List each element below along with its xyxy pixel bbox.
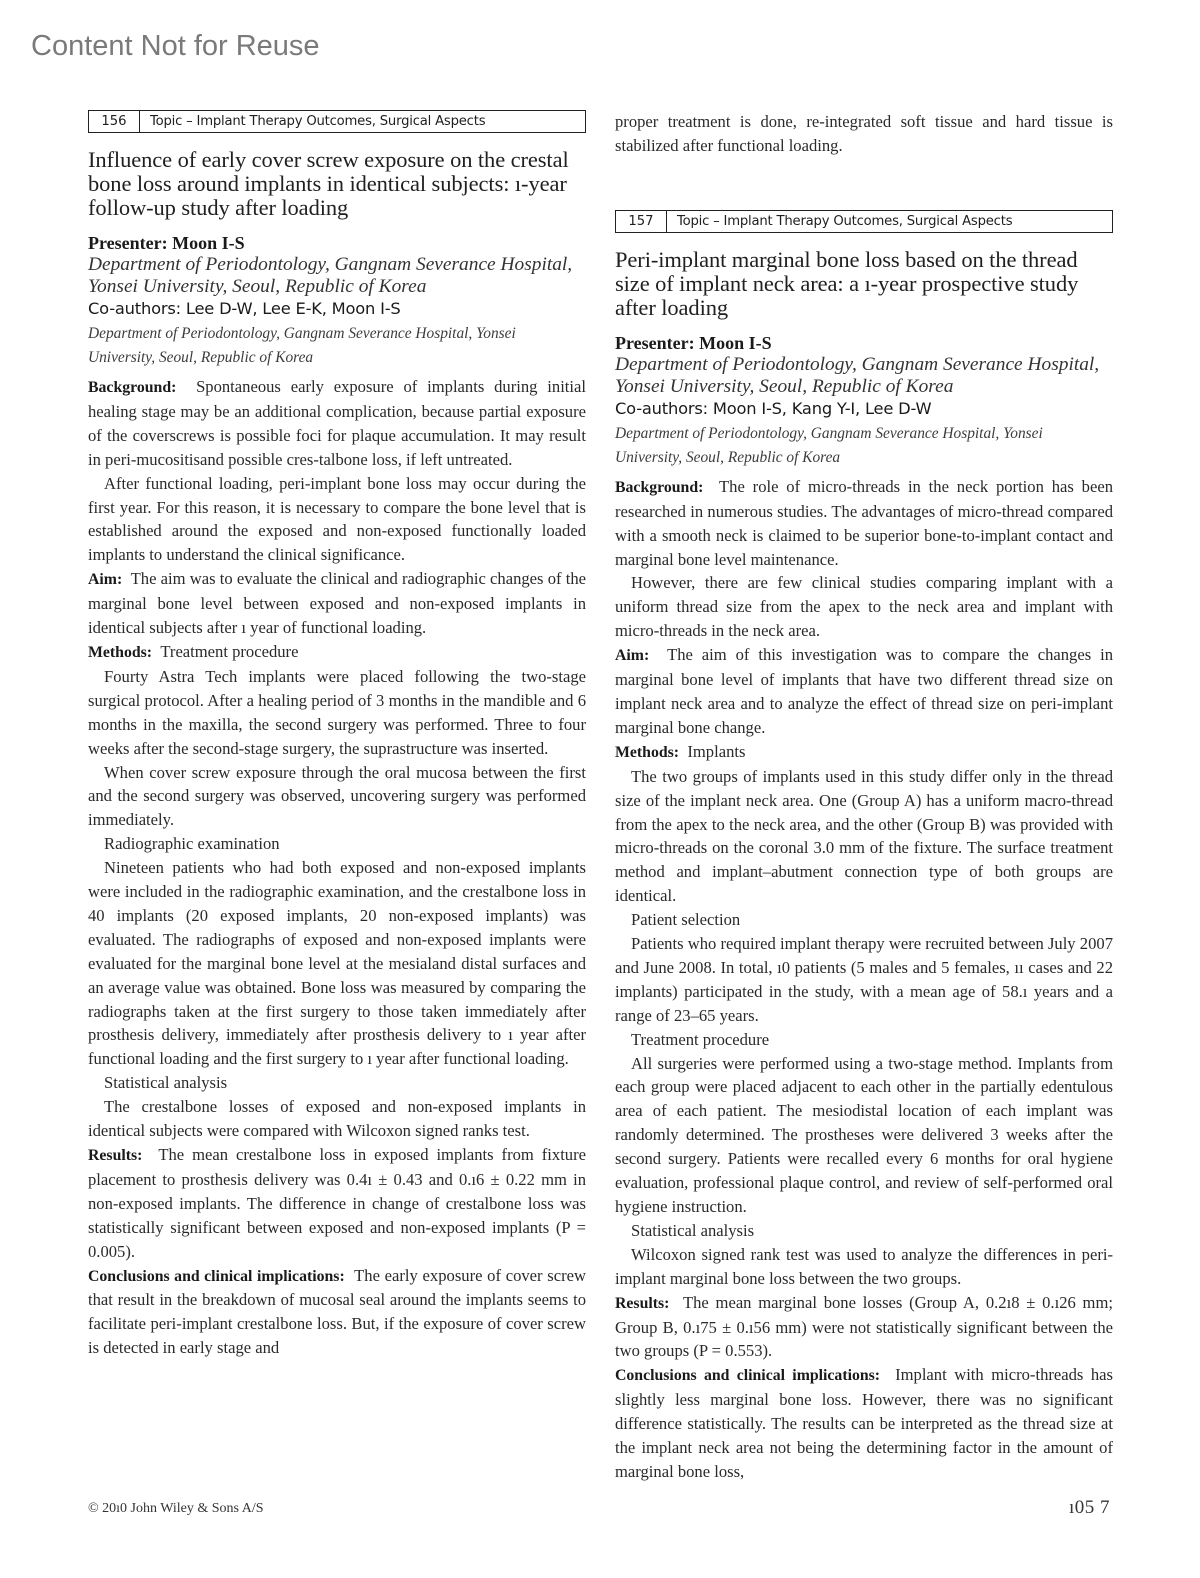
results-section: Results: The mean crestalbone loss in ex… xyxy=(88,1143,586,1264)
page-number: ı05 7 xyxy=(1069,1497,1110,1519)
topic-box-157: 157 Topic – Implant Therapy Outcomes, Su… xyxy=(615,210,1113,233)
results-label: Results: xyxy=(88,1147,142,1164)
methods-paragraph: The two groups of implants used in this … xyxy=(615,765,1113,908)
methods-paragraph: Fourty Astra Tech implants were placed f… xyxy=(88,665,586,761)
coauthors: Co-authors: Moon I-S, Kang Y-I, Lee D-W xyxy=(615,398,1113,420)
background-label: Background: xyxy=(88,379,176,396)
aim-text: The aim of this investigation was to com… xyxy=(615,645,1113,737)
abstract-title: Influence of early cover screw exposure … xyxy=(88,148,586,220)
abstract-number: 157 xyxy=(616,211,667,232)
conclusions-label: Conclusions and clinical implications: xyxy=(88,1268,345,1285)
topic-label: Topic – Implant Therapy Outcomes, Surgic… xyxy=(667,211,1012,232)
methods-subheading: Statistical analysis xyxy=(88,1071,586,1095)
results-text: The mean crestalbone loss in exposed imp… xyxy=(88,1145,586,1261)
results-section: Results: The mean marginal bone losses (… xyxy=(615,1291,1113,1364)
methods-paragraph: Nineteen patients who had both exposed a… xyxy=(88,856,586,1071)
methods-label: Methods: xyxy=(615,744,679,761)
methods-paragraph: The crestalbone losses of exposed and no… xyxy=(88,1095,586,1143)
presenter: Presenter: Moon I-S xyxy=(615,332,1113,354)
presenter: Presenter: Moon I-S xyxy=(88,232,586,254)
right-column: proper treatment is done, re-integrated … xyxy=(615,110,1113,1484)
background-text-2: After functional loading, peri-implant b… xyxy=(88,472,586,568)
abstract-number: 156 xyxy=(89,111,140,132)
background-section: Background: The role of micro-threads in… xyxy=(615,475,1113,572)
conclusions-continued: proper treatment is done, re-integrated … xyxy=(615,110,1113,158)
results-label: Results: xyxy=(615,1295,669,1312)
watermark: Content Not for Reuse xyxy=(31,30,320,63)
aim-text: The aim was to evaluate the clinical and… xyxy=(88,569,586,637)
methods-section: Methods: Implants xyxy=(615,740,1113,765)
copyright-notice: © 20ı0 John Wiley & Sons A/S xyxy=(88,1501,264,1517)
methods-subheading: Statistical analysis xyxy=(615,1219,1113,1243)
presenter-affiliation: Department of Periodontology, Gangnam Se… xyxy=(88,254,586,298)
methods-paragraph: Patients who required implant therapy we… xyxy=(615,932,1113,1028)
methods-subheading: Radiographic examination xyxy=(88,832,586,856)
methods-subheading: Treatment procedure xyxy=(615,1028,1113,1052)
methods-heading: Treatment procedure xyxy=(160,642,298,661)
methods-heading: Implants xyxy=(687,742,745,761)
aim-label: Aim: xyxy=(88,571,122,588)
background-section: Background: Spontaneous early exposure o… xyxy=(88,375,586,472)
results-text: The mean marginal bone losses (Group A, … xyxy=(615,1293,1113,1361)
aim-label: Aim: xyxy=(615,647,649,664)
methods-paragraph: All surgeries were performed using a two… xyxy=(615,1052,1113,1219)
topic-box-156: 156 Topic – Implant Therapy Outcomes, Su… xyxy=(88,110,586,133)
aim-section: Aim: The aim of this investigation was t… xyxy=(615,643,1113,740)
coauthor-affiliation: Department of Periodontology, Gangnam Se… xyxy=(615,422,1113,470)
aim-section: Aim: The aim was to evaluate the clinica… xyxy=(88,567,586,640)
abstract-title: Peri-implant marginal bone loss based on… xyxy=(615,248,1113,320)
topic-label: Topic – Implant Therapy Outcomes, Surgic… xyxy=(140,111,485,132)
background-text-2: However, there are few clinical studies … xyxy=(615,571,1113,643)
background-label: Background: xyxy=(615,479,703,496)
conclusions-label: Conclusions and clinical implications: xyxy=(615,1367,880,1384)
conclusions-section: Conclusions and clinical implications: T… xyxy=(88,1264,586,1361)
conclusions-section: Conclusions and clinical implications: I… xyxy=(615,1363,1113,1484)
methods-section: Methods: Treatment procedure xyxy=(88,640,586,665)
left-column: 156 Topic – Implant Therapy Outcomes, Su… xyxy=(88,110,586,1360)
methods-paragraph: When cover screw exposure through the or… xyxy=(88,761,586,833)
presenter-affiliation: Department of Periodontology, Gangnam Se… xyxy=(615,354,1113,398)
methods-subheading: Patient selection xyxy=(615,908,1113,932)
coauthors: Co-authors: Lee D-W, Lee E-K, Moon I-S xyxy=(88,298,586,320)
methods-label: Methods: xyxy=(88,644,152,661)
methods-paragraph: Wilcoxon signed rank test was used to an… xyxy=(615,1243,1113,1291)
coauthor-affiliation: Department of Periodontology, Gangnam Se… xyxy=(88,322,586,370)
